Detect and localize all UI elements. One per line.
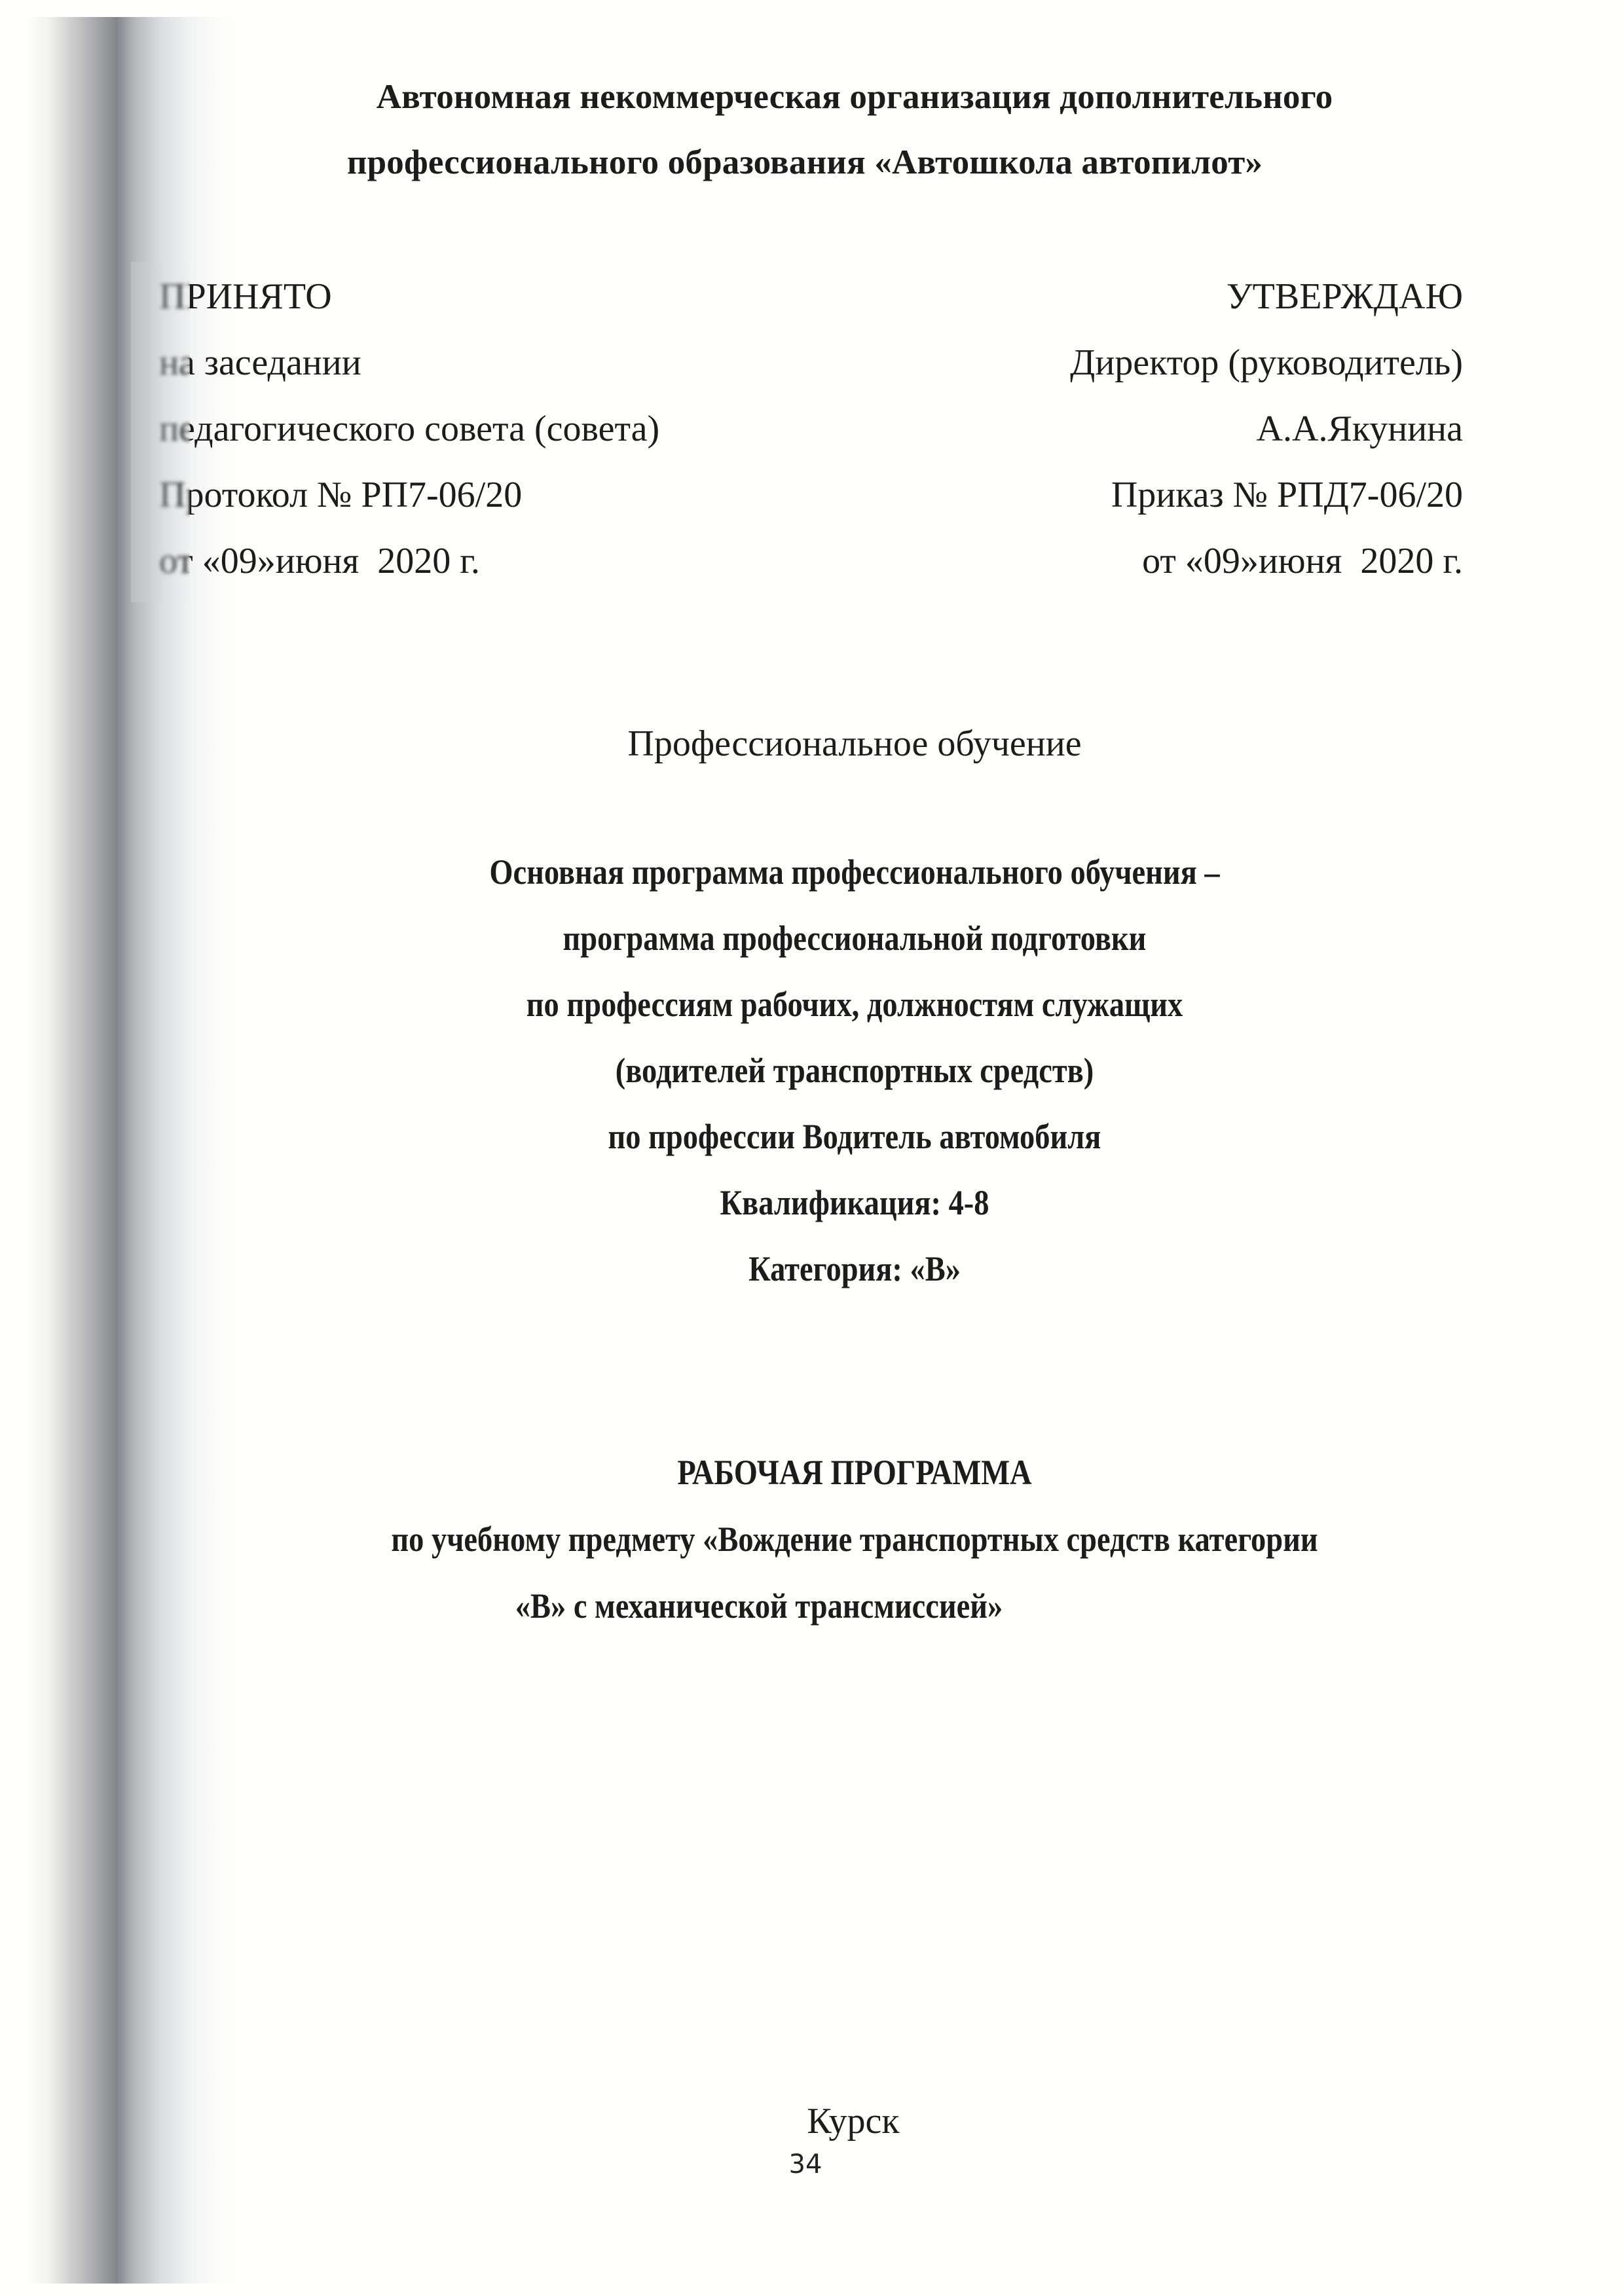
- program-line-4: (водителей транспортных средств): [120, 1053, 1590, 1088]
- program-line-1: Основная программа профессионального обу…: [120, 854, 1590, 890]
- accepted-council: педагогического совета (совета): [159, 410, 659, 447]
- approved-title: УТВЕРЖДАЮ: [1227, 278, 1463, 315]
- accepted-protocol: Протокол № РП7-06/20: [159, 477, 522, 513]
- org-name-line-1: Автономная некоммерческая организация до…: [0, 80, 1624, 115]
- work-program-subject-line-2: «В» с механической трансмиссией»: [24, 1588, 1494, 1624]
- program-line-2: программа профессиональной подготовки: [120, 920, 1590, 956]
- accepted-date: от «09»июня 2020 г.: [159, 543, 480, 579]
- program-qualification: Квалификация: 4-8: [120, 1185, 1590, 1220]
- program-line-3: по профессиям рабочих, должностям служащ…: [120, 987, 1590, 1022]
- page-number: 34: [0, 2151, 1611, 2178]
- accepted-title: ПРИНЯТО: [159, 278, 332, 315]
- program-category: Категория: «В»: [120, 1251, 1590, 1286]
- program-profession: по профессии Водитель автомобиля: [120, 1119, 1590, 1154]
- work-program-subject-line-1: по учебному предмету «Вождение транспорт…: [120, 1522, 1590, 1557]
- city: Курск: [0, 2103, 1624, 2140]
- work-program-title: РАБОЧАЯ ПРОГРАММА: [120, 1455, 1590, 1490]
- document-page: Автономная некоммерческая организация до…: [0, 0, 1624, 2296]
- approved-date: от «09»июня 2020 г.: [1142, 543, 1463, 579]
- approved-order: Приказ № РПД7-06/20: [1111, 477, 1463, 513]
- approved-name: А.А.Якунина: [1257, 410, 1463, 447]
- approved-position: Директор (руководитель): [1070, 344, 1463, 381]
- accepted-meeting: на заседании: [159, 344, 361, 381]
- org-name-line-2: профессионального образования «Автошкола…: [0, 145, 1624, 180]
- training-type: Профессиональное обучение: [0, 725, 1624, 762]
